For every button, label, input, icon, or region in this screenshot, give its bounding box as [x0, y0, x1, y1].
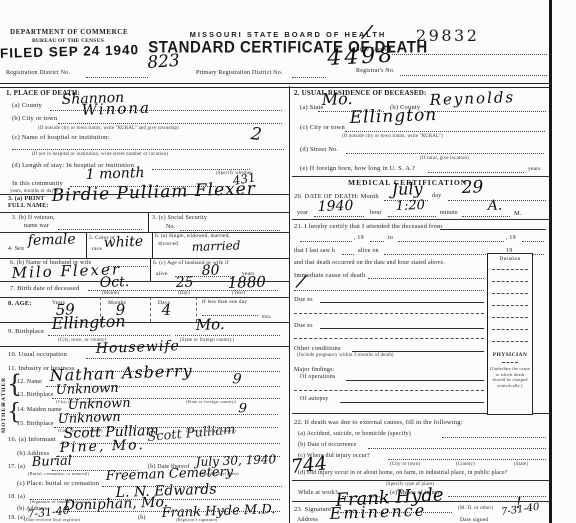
rule: [292, 77, 326, 78]
fullname-value: Birdie Pulliam Flexer: [51, 181, 256, 205]
md-or-other-note: (M. D. or other): [458, 506, 493, 512]
while-at-work-label: While at work?: [298, 490, 338, 497]
father-name-value: Nathan Asberry: [49, 363, 192, 384]
rule: [0, 258, 289, 259]
foreign-born-label: (e) If foreign born, how long in U. S. A…: [300, 165, 415, 172]
rule: [0, 297, 289, 298]
father-bp-note-2: (State or foreign country): [186, 400, 236, 405]
death-day-value: 29: [461, 179, 483, 197]
physician-address-value: Eminence: [329, 503, 426, 522]
city-label: (b) City or town: [12, 115, 57, 122]
rule: [292, 176, 549, 177]
rule: [400, 75, 547, 76]
residence-county-value: Reynolds: [429, 90, 515, 108]
day-note: (Day): [178, 291, 190, 296]
birthplace-note-2: (State or foreign country): [180, 338, 234, 343]
hospital-label: (c) Name of hospital or institution:: [12, 134, 110, 141]
community-value: 1 month: [86, 166, 145, 182]
rule: [320, 328, 484, 329]
disposal-note: (Burial, cremation, or removal): [28, 472, 89, 477]
county-label: (a) County: [12, 102, 42, 109]
veteran-label-2: name war: [24, 223, 49, 230]
last-saw-label: that I last saw h: [294, 248, 335, 255]
section-usual-residence: 2. USUAL RESIDENCE OF DECEASED:: [294, 90, 427, 98]
age-label: 8. AGE:: [8, 300, 32, 307]
death-day-label: day: [432, 193, 441, 200]
rule: [392, 54, 547, 55]
rule: [314, 216, 364, 217]
rule: [492, 281, 528, 282]
month-note: (Month): [102, 291, 119, 296]
rule: [492, 305, 528, 306]
rule: [368, 278, 484, 279]
death-certificate-scan: DEPARTMENT OF COMMERCE BUREAU OF THE CEN…: [0, 0, 576, 523]
color-value: white: [104, 235, 144, 250]
rule: [352, 351, 484, 352]
physician-signature-label: 23. Signature: [294, 506, 331, 513]
mother-flourish: 9: [238, 402, 247, 416]
rule: [492, 329, 528, 330]
year-note: (Year): [232, 291, 245, 296]
registrar-sig-label: (b): [138, 515, 146, 522]
rule: [320, 302, 484, 303]
injury-city-note: (City or town): [390, 462, 420, 467]
burial-place-value: Freeman Cemetery: [106, 466, 234, 483]
age-min-label: min.: [262, 315, 271, 320]
registration-district-label: Registration District No.: [6, 70, 70, 77]
occurrence-date-label: (b) Date of occurrence: [298, 442, 357, 449]
rule: [152, 169, 250, 170]
due-to-1-label: Due to: [294, 296, 313, 303]
accident-label: (a) Accident, suicide, or homicide (spec…: [298, 431, 411, 438]
rule: [58, 229, 142, 230]
rule: [292, 219, 549, 220]
registration-district-value: 823: [147, 53, 181, 72]
disposal-label: 17. (a): [8, 464, 25, 471]
father-birthplace-value: Unknown: [56, 382, 119, 397]
rule: [346, 380, 484, 381]
birthdate-day: 25: [176, 275, 194, 290]
physician-label: PHYSICIAN: [488, 352, 532, 358]
injury-state-note: (State): [514, 462, 528, 467]
death-year-label: year: [297, 210, 308, 217]
rule: [86, 232, 87, 258]
rule: [86, 358, 280, 359]
rule: [384, 254, 502, 255]
certify-to: to: [388, 235, 393, 242]
header-double-rule: [0, 83, 550, 88]
of-autopsy-label: Of autopsy: [300, 396, 329, 403]
street-label: (d) Street No.: [300, 146, 338, 153]
foreign-born-unit: years: [528, 166, 541, 172]
rule: [502, 362, 518, 363]
residence-city-value: Ellington: [349, 107, 437, 127]
rule: [300, 241, 352, 242]
certify-19b: , 19: [506, 235, 516, 242]
fullname-label-2: FULL NAME:: [8, 203, 49, 210]
state-file-number: 29832: [416, 27, 479, 45]
certify-19a: , 19: [354, 235, 364, 242]
city-value: Winona: [81, 101, 151, 118]
mother-birthplace-label: 15. Birthplace: [17, 421, 54, 428]
rule: [342, 254, 354, 255]
funeral-director-label: 18. (a): [8, 494, 25, 501]
right-border: [549, 0, 552, 523]
birthdate-label: 7. Birth date of deceased: [10, 285, 79, 292]
ssn-label-2: No.: [166, 224, 175, 231]
death-hour-value: 1:20: [396, 199, 426, 213]
ssn-label: 3. (c) Social Security: [152, 215, 207, 222]
rule: [388, 216, 436, 217]
due-to-2-label: Due to: [294, 322, 313, 329]
death-year-value: 1940: [318, 199, 354, 214]
death-hour-label: hour: [370, 210, 382, 217]
rule: [150, 297, 151, 322]
birthplace-label: 9. Birthplace: [8, 328, 44, 335]
major-findings-label: Major findings:: [294, 367, 335, 374]
rule: [148, 212, 149, 232]
rule: [440, 229, 546, 230]
rule: [492, 341, 528, 342]
rule: [294, 313, 484, 314]
residence-city-label: (c) City or town: [300, 124, 345, 131]
age-days-value: 4: [161, 303, 171, 318]
rule: [294, 290, 484, 291]
disposal-value: Burial: [32, 455, 73, 469]
rule: [492, 317, 528, 318]
rule: [292, 480, 549, 481]
rule: [294, 390, 484, 391]
hospital-value: 2: [250, 126, 263, 144]
rule: [346, 153, 544, 154]
rule: [294, 338, 484, 339]
injury-county-note: (County): [456, 462, 475, 467]
residence-city-note: (If outside city or town limits, write "…: [342, 134, 443, 139]
death-ampm-value: A.: [488, 199, 503, 213]
rule: [442, 437, 546, 438]
rule: [398, 241, 504, 242]
rule: [12, 149, 284, 150]
age-less-label: If less than one day: [202, 300, 247, 306]
rule: [448, 496, 546, 497]
injury-place-label: (d) Did injury occur in or about home, o…: [298, 470, 508, 476]
rule: [492, 269, 528, 270]
rule: [462, 216, 510, 217]
marital-label-2: divorced: [158, 242, 178, 248]
date-signed-value: 7-31-40: [501, 503, 541, 518]
primary-district-value: 4498: [327, 44, 396, 70]
rule: [150, 258, 151, 281]
sex-value: female: [28, 232, 76, 248]
registrar-sig-note: (Registrar's signature): [176, 518, 218, 523]
physician-note: (Underline the cause to which death shou…: [489, 366, 531, 389]
other-conditions-note: (Include pregnancy within 3 months of de…: [297, 353, 394, 358]
rule: [340, 402, 484, 403]
residence-state-value: Mo.: [321, 91, 352, 108]
funeral-address-value: Doniphan, Mo.: [64, 495, 169, 513]
mother-maiden-label: 14. Maiden name: [17, 407, 62, 414]
informant-address-value: Pine, Mo.: [60, 438, 146, 455]
rule: [492, 293, 528, 294]
primary-district-label: Primary Registration District No.: [196, 70, 283, 77]
rule: [0, 322, 289, 323]
death-month-value: July: [391, 181, 422, 198]
occupation-label: 10. Usual occupation: [8, 351, 67, 358]
death-minute-label: minute: [440, 210, 458, 217]
rule: [175, 335, 280, 336]
date-signed-label: Date signed: [460, 517, 488, 523]
hospital-note: (If not in hospital or institution, writ…: [32, 152, 168, 157]
rule: [86, 77, 148, 78]
birthdate-year: 1880: [227, 275, 266, 291]
rule: [370, 241, 384, 242]
of-operations-label: Of operations: [300, 374, 335, 381]
birthplace-state-value: Mo.: [195, 317, 224, 333]
external-causes-heading: 22. If death was due to external causes,…: [294, 419, 463, 426]
informant-label: 16. (a) Informant: [8, 436, 56, 443]
rule: [522, 241, 544, 242]
husband-age-value: 80: [202, 263, 220, 278]
veteran-label: 3. (b) If veteran,: [12, 215, 55, 222]
marital-value: married: [192, 239, 241, 253]
dept-line1: DEPARTMENT OF COMMERCE: [10, 29, 128, 37]
husband-age-label-2: alive: [156, 271, 168, 277]
duration-label: Duration: [488, 256, 532, 262]
sex-label: 4. Sex: [8, 246, 24, 253]
rule: [424, 111, 546, 112]
received-date-note: (Date received local registrar): [24, 518, 80, 523]
father-birthplace-label: 13. Birthplace: [17, 392, 54, 399]
received-label: 19. (a): [8, 515, 25, 522]
rule: [0, 212, 289, 213]
birthdate-month: Oct.: [100, 275, 130, 290]
duration-physician-box: Duration PHYSICIAN (Underline the cause …: [487, 253, 533, 415]
city-note: (If outside city or town limits, write "…: [38, 126, 179, 131]
rule: [152, 232, 153, 258]
rule: [58, 123, 282, 124]
rule: [388, 459, 546, 460]
rule: [428, 172, 524, 173]
filed-stamp: FILED SEP 24 1940: [0, 42, 139, 61]
father-name-label: 12. Name: [17, 379, 42, 386]
occupation-value: Housewife: [96, 339, 180, 356]
physician-address-label: Address: [297, 517, 318, 523]
rule: [345, 131, 545, 132]
rule: [368, 448, 546, 449]
death-m-label: M.: [514, 210, 522, 217]
color-label-2: race: [92, 246, 102, 252]
birthplace-value: Ellington: [51, 313, 125, 332]
certify-line-1: 21. I hereby certify that I attended the…: [294, 223, 442, 230]
father-flourish: 9: [232, 372, 242, 387]
other-conditions-label: Other conditions: [294, 345, 341, 352]
street-note: (If rural, give location): [420, 156, 469, 161]
injury-place-handwritten: 744: [290, 454, 328, 477]
occurred-line: and that death occurred on the date and …: [294, 260, 445, 267]
burial-place-label: (c) Place: burial or cremation: [17, 480, 99, 487]
alive-on-label: alive on: [358, 248, 379, 255]
rule: [48, 335, 170, 336]
rule: [180, 230, 280, 231]
